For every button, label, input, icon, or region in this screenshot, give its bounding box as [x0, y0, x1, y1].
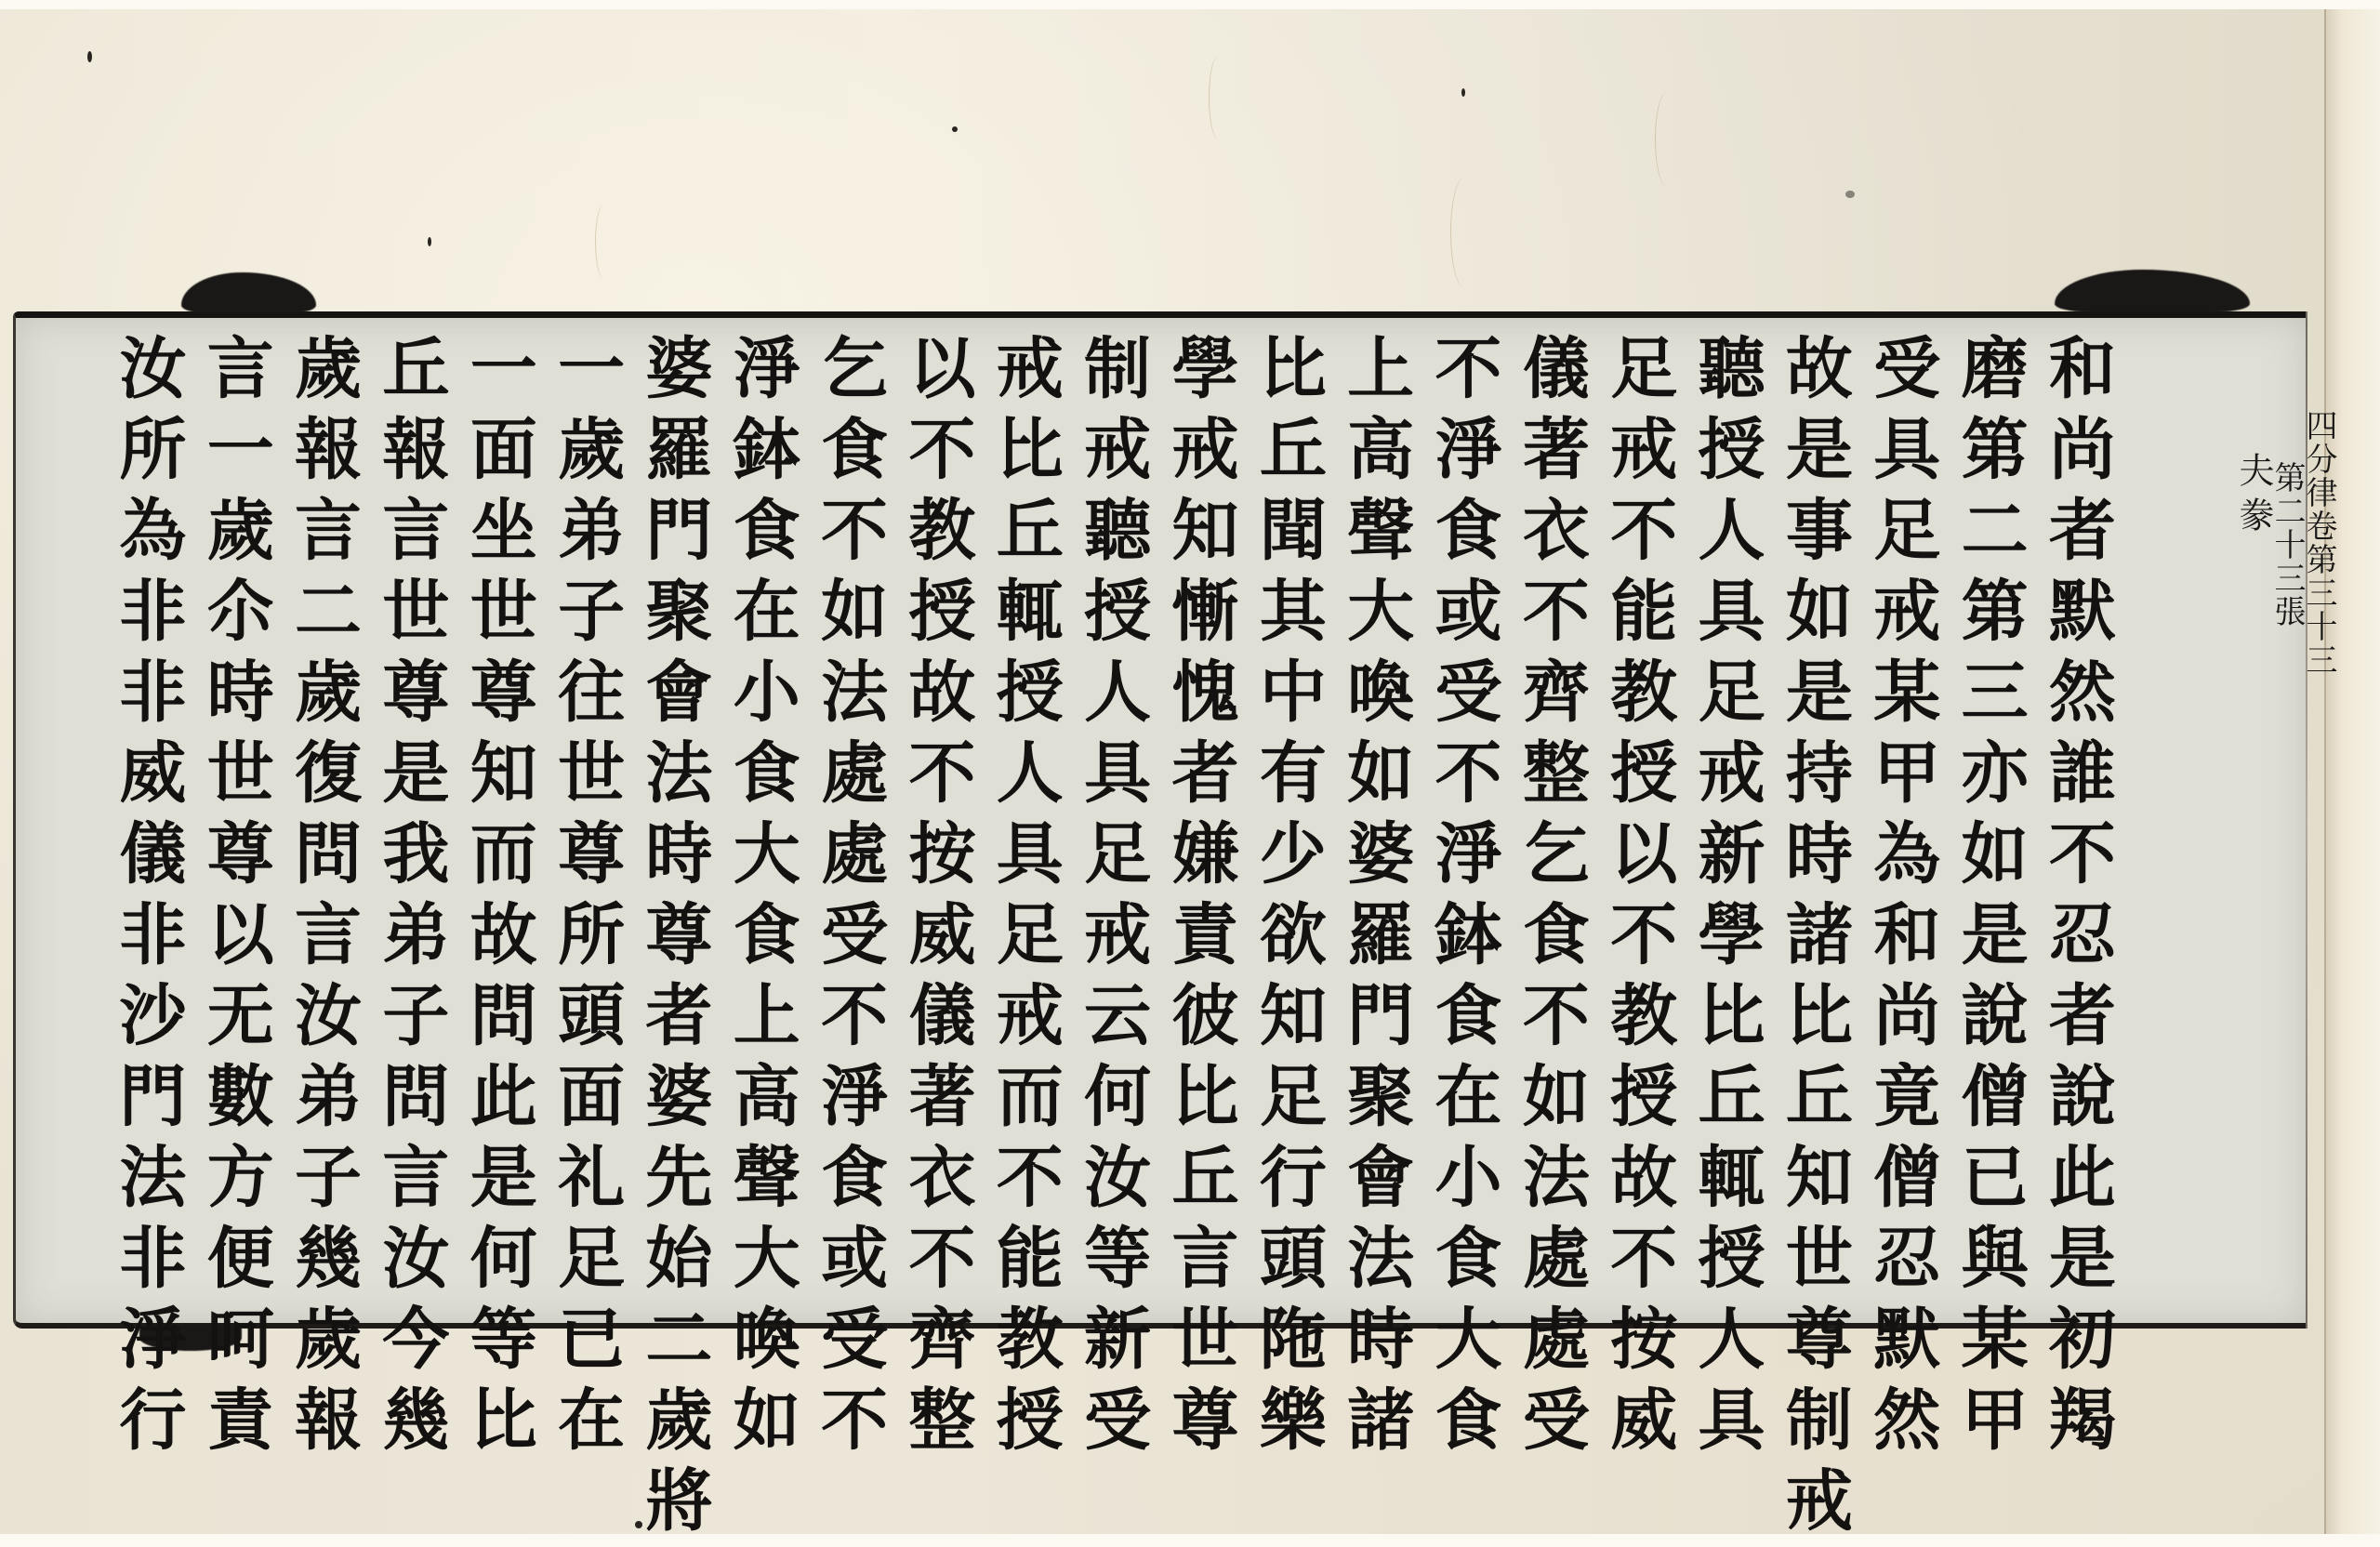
paper-right-edge: [2324, 9, 2380, 1534]
text-column: 故是事如是持時諸比丘知世尊制戒: [1760, 333, 1847, 1309]
text-column: 乞食不如法處處受不淨食或受不: [795, 333, 882, 1309]
volume-title: 四分律卷第三十三: [2303, 409, 2334, 677]
paper-fiber: [1209, 56, 1228, 139]
text-column: 言一歲尒時世尊以无數方便呵責: [180, 333, 268, 1309]
paper-speck: [1845, 191, 1855, 198]
text-column: 學戒知慚愧者嫌責彼比丘言世尊: [1145, 333, 1233, 1309]
text-column: 和尚者默然誰不忍者說此是初羯: [2023, 333, 2110, 1309]
paper-fiber: [1450, 177, 1479, 288]
text-column: 歲報言二歲復問言汝弟子幾歲報: [269, 333, 356, 1309]
text-column: 淨鉢食在小食大食上高聲大喚如: [707, 333, 794, 1309]
paper-speck: [428, 237, 431, 246]
text-column: 足戒不能教授以不教授故不按威: [1584, 333, 1672, 1309]
text-column: 一歲弟子往世尊所頭面礼足已在: [532, 333, 619, 1309]
paper-fiber: [595, 205, 613, 279]
text-column: 婆羅門聚會法時尊者婆先始二歲將: [619, 333, 707, 1309]
sheet-number: 第二十三張: [2271, 461, 2303, 677]
text-column: 儀著衣不齊整乞食不如法處處受: [1497, 333, 1584, 1309]
text-column: 一面坐世尊知而故問此是何等比: [443, 333, 531, 1309]
text-column: 磨第二第三亦如是說僧已與某甲: [1935, 333, 2022, 1309]
text-column: 聽授人具足戒新學比丘輒授人具: [1672, 333, 1759, 1309]
text-column: 戒比丘輒授人具足戒而不能教授: [970, 333, 1057, 1309]
text-column: 比丘聞其中有少欲知足行頭陁樂: [1233, 333, 1320, 1309]
text-column: 上高聲大喚如婆羅門聚會法時諸: [1321, 333, 1408, 1309]
paper-speck: [1461, 88, 1465, 97]
paper-fiber: [1655, 93, 1678, 186]
text-column: 制戒聽授人具足戒云何汝等新受: [1058, 333, 1145, 1309]
margin-heading: 四分律卷第三十三 第二十三張 夫豢: [2236, 409, 2334, 677]
text-body: 和尚者默然誰不忍者說此是初羯 磨第二第三亦如是說僧已與某甲 受具足戒某甲為和尚竟…: [93, 333, 2110, 1309]
paper-speck: [87, 51, 92, 62]
text-column: 以不教授故不按威儀著衣不齊整: [882, 333, 970, 1309]
text-column: 丘報言世尊是我弟子問言汝今幾: [356, 333, 443, 1309]
paper-speck: [952, 126, 958, 132]
text-column: 不淨食或受不淨鉢食在小食大食: [1408, 333, 1496, 1309]
text-column: 汝所為非非威儀非沙門法非淨行: [93, 333, 180, 1309]
text-column: 受具足戒某甲為和尚竟僧忍默然: [1847, 333, 1935, 1309]
carver-name: 夫豢: [2236, 452, 2271, 677]
